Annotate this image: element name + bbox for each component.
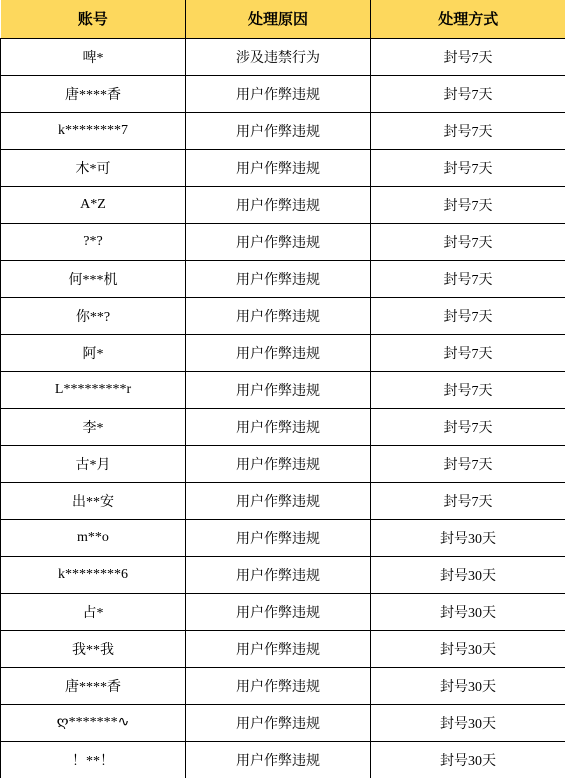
table-row: 你**?用户作弊违规封号7天	[1, 297, 565, 334]
action-cell: 封号30天	[371, 556, 565, 593]
account-cell: A*Z	[1, 186, 186, 223]
table-header: 账号 处理原因 处理方式	[1, 0, 565, 38]
account-cell: L*********r	[1, 371, 186, 408]
account-cell: 我**我	[1, 630, 186, 667]
account-cell: m**o	[1, 519, 186, 556]
violation-announcement-sheet: 账号 处理原因 处理方式 啤*涉及违禁行为封号7天唐****香用户作弊违规封号7…	[0, 0, 565, 778]
reason-cell: 用户作弊违规	[186, 112, 371, 149]
account-cell: 木*可	[1, 149, 186, 186]
action-cell: 封号7天	[371, 445, 565, 482]
table-row: 古*月用户作弊违规封号7天	[1, 445, 565, 482]
account-cell: 占*	[1, 593, 186, 630]
account-cell: 古*月	[1, 445, 186, 482]
reason-cell: 用户作弊违规	[186, 371, 371, 408]
action-cell: 封号30天	[371, 741, 565, 778]
column-header-reason: 处理原因	[186, 0, 371, 38]
reason-cell: 用户作弊违规	[186, 186, 371, 223]
action-cell: 封号30天	[371, 667, 565, 704]
reason-cell: 用户作弊违规	[186, 223, 371, 260]
table-row: 我**我用户作弊违规封号30天	[1, 630, 565, 667]
reason-cell: 用户作弊违规	[186, 667, 371, 704]
action-cell: 封号7天	[371, 75, 565, 112]
table-row: 出**安用户作弊违规封号7天	[1, 482, 565, 519]
account-cell: 唐****香	[1, 667, 186, 704]
table-row: k********7用户作弊违规封号7天	[1, 112, 565, 149]
action-cell: 封号7天	[371, 223, 565, 260]
action-cell: 封号30天	[371, 704, 565, 741]
table-row: 啤*涉及违禁行为封号7天	[1, 38, 565, 75]
action-cell: 封号7天	[371, 149, 565, 186]
table-row: A*Z用户作弊违规封号7天	[1, 186, 565, 223]
reason-cell: 用户作弊违规	[186, 482, 371, 519]
column-header-action: 处理方式	[371, 0, 565, 38]
action-cell: 封号30天	[371, 519, 565, 556]
reason-cell: 用户作弊违规	[186, 334, 371, 371]
account-cell: ?*?	[1, 223, 186, 260]
action-cell: 封号7天	[371, 371, 565, 408]
table-row: 阿*用户作弊违规封号7天	[1, 334, 565, 371]
table-row: ！**！用户作弊违规封号30天	[1, 741, 565, 778]
table-row: 唐****香用户作弊违规封号7天	[1, 75, 565, 112]
account-cell: 唐****香	[1, 75, 186, 112]
action-cell: 封号7天	[371, 38, 565, 75]
account-cell: 啤*	[1, 38, 186, 75]
reason-cell: 用户作弊违规	[186, 408, 371, 445]
reason-cell: 用户作弊违规	[186, 75, 371, 112]
account-cell: ！**！	[1, 741, 186, 778]
account-violation-table: 账号 处理原因 处理方式 啤*涉及违禁行为封号7天唐****香用户作弊违规封号7…	[0, 0, 565, 778]
action-cell: 封号7天	[371, 482, 565, 519]
table-row: k********6用户作弊违规封号30天	[1, 556, 565, 593]
reason-cell: 用户作弊违规	[186, 519, 371, 556]
account-cell: 阿*	[1, 334, 186, 371]
action-cell: 封号7天	[371, 334, 565, 371]
action-cell: 封号30天	[371, 593, 565, 630]
account-cell: k********6	[1, 556, 186, 593]
header-row: 账号 处理原因 处理方式	[1, 0, 565, 38]
reason-cell: 用户作弊违规	[186, 593, 371, 630]
action-cell: 封号7天	[371, 408, 565, 445]
reason-cell: 涉及违禁行为	[186, 38, 371, 75]
action-cell: 封号30天	[371, 630, 565, 667]
table-row: 占*用户作弊违规封号30天	[1, 593, 565, 630]
account-cell: 李*	[1, 408, 186, 445]
table-row: 木*可用户作弊违规封号7天	[1, 149, 565, 186]
reason-cell: 用户作弊违规	[186, 630, 371, 667]
reason-cell: 用户作弊违规	[186, 741, 371, 778]
reason-cell: 用户作弊违规	[186, 556, 371, 593]
account-cell: 出**安	[1, 482, 186, 519]
account-cell: k********7	[1, 112, 186, 149]
action-cell: 封号7天	[371, 297, 565, 334]
action-cell: 封号7天	[371, 112, 565, 149]
reason-cell: 用户作弊违规	[186, 704, 371, 741]
reason-cell: 用户作弊违规	[186, 445, 371, 482]
reason-cell: 用户作弊违规	[186, 260, 371, 297]
action-cell: 封号7天	[371, 260, 565, 297]
account-cell: ღ*******∿	[1, 704, 186, 741]
table-row: ?*?用户作弊违规封号7天	[1, 223, 565, 260]
table-row: 唐****香用户作弊违规封号30天	[1, 667, 565, 704]
table-row: L*********r用户作弊违规封号7天	[1, 371, 565, 408]
reason-cell: 用户作弊违规	[186, 297, 371, 334]
table-row: 何***机用户作弊违规封号7天	[1, 260, 565, 297]
column-header-account: 账号	[1, 0, 186, 38]
account-cell: 你**?	[1, 297, 186, 334]
table-row: 李*用户作弊违规封号7天	[1, 408, 565, 445]
table-row: ღ*******∿用户作弊违规封号30天	[1, 704, 565, 741]
reason-cell: 用户作弊违规	[186, 149, 371, 186]
table-row: m**o用户作弊违规封号30天	[1, 519, 565, 556]
account-cell: 何***机	[1, 260, 186, 297]
action-cell: 封号7天	[371, 186, 565, 223]
table-body: 啤*涉及违禁行为封号7天唐****香用户作弊违规封号7天k********7用户…	[1, 38, 565, 778]
